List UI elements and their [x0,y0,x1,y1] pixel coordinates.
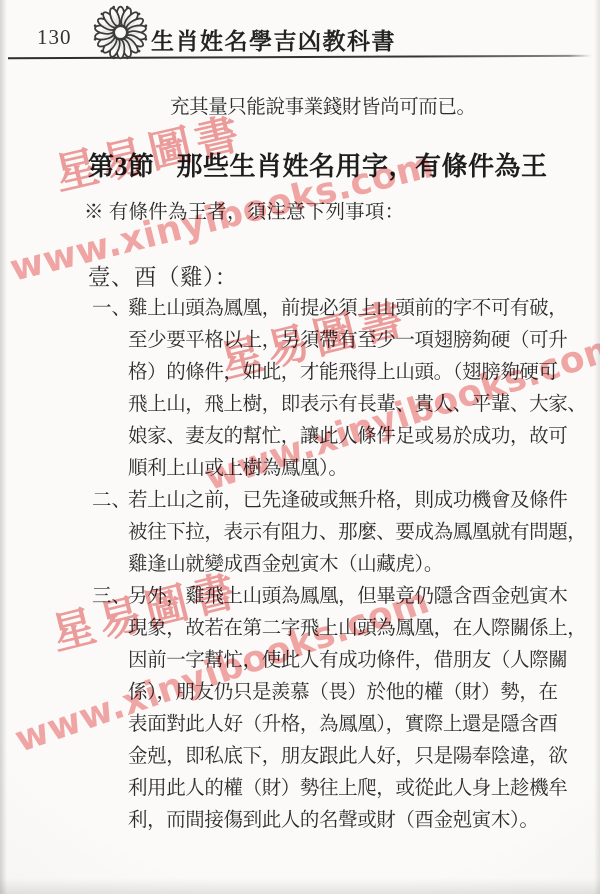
list-item-text: 另外，雞飛上山頭為鳳凰，但畢竟仍隱含酉金剋寅木 現象，故若在第二字飛上山頭為鳳凰… [128,581,586,837]
list-item-text: 若上山之前，已先逢破或無升格，則成功機會及條件 被往下拉，表示有阻力、那麼、要成… [128,485,586,581]
text-line: 另外，雞飛上山頭為鳳凰，但畢竟仍隱含酉金剋寅木 [128,581,586,613]
list-marker: 三、 [92,581,128,613]
list-item-1: 一、 雞上山頭為鳳凰，前提必須上山頭前的字不可有破， 至少要平格以上，另須帶有至… [92,293,586,485]
text-line: 利，而間接傷到此人的名聲或財（酉金剋寅木）。 [128,805,586,837]
text-line: 表面對此人好（升格，為鳳凰），實際上還是隱含酉 [128,709,586,741]
list-item-text: 雞上山頭為鳳凰，前提必須上山頭前的字不可有破， 至少要平格以上，另須帶有至少一項… [128,293,586,485]
text-line: 格）的條件，如此，才能飛得上山頭。（翅膀夠硬可 [128,357,586,389]
text-line: 雞上山頭為鳳凰，前提必須上山頭前的字不可有破， [128,293,586,325]
list-item-2: 二、 若上山之前，已先逢破或無升格，則成功機會及條件 被往下拉，表示有阻力、那麼… [92,485,586,581]
text-line: 至少要平格以上，另須帶有至少一項翅膀夠硬（可升 [128,325,586,357]
paragraph-continuation-line: 充其量只能說事業錢財皆尚可而已。 [170,92,476,124]
text-line: 雞逢山就變成酉金剋寅木（山藏虎）。 [128,549,586,581]
list-marker: 一、 [92,293,128,325]
page-body: 充其量只能說事業錢財皆尚可而已。 第3節那些生肖姓名用字，有條件為王 ※ 有條件… [0,0,600,894]
text-line: 金剋，即私底下，朋友跟此人好，只是陽奉陰違，欲 [128,741,586,773]
subsection-title: 壹、酉（雞）： [88,262,238,294]
note-line: ※ 有條件為王者，須注意下列事項： [84,197,404,229]
text-line: 現象，故若在第二字飛上山頭為鳳凰，在人際關係上， [128,613,586,645]
section-title: 那些生肖姓名用字，有條件為王 [177,152,548,181]
text-line: 順利上山或上樹為鳳凰）。 [128,453,586,485]
text-line: 係），朋友仍只是羨慕（畏）於他的權（財）勢，在 [128,677,586,709]
text-line: 因前一字幫忙，使此人有成功條件，借朋友（人際關 [128,645,586,677]
text-line: 利用此人的權（財）勢往上爬，或從此人身上趁機牟 [128,773,586,805]
book-page-scan: 130 生肖姓名學吉凶教科書 充其量只能說事業錢財皆尚可而已。 第3節那些生肖姓… [0,0,600,894]
text-line: 若上山之前，已先逢破或無升格，則成功機會及條件 [128,485,586,517]
text-line: 被往下拉，表示有阻力、那麼、要成為鳳凰就有問題， [128,517,586,549]
section-heading: 第3節那些生肖姓名用字，有條件為王 [88,146,548,183]
list-marker: 二、 [92,485,128,517]
text-line: 飛上山，飛上樹，即表示有長輩、貴人、平輩、大家、 [128,389,586,421]
section-number: 第3節 [88,152,155,181]
text-line: 娘家、妻友的幫忙，讓此人條件足或易於成功，故可 [128,421,586,453]
list-item-3: 三、 另外，雞飛上山頭為鳳凰，但畢竟仍隱含酉金剋寅木 現象，故若在第二字飛上山頭… [92,581,586,837]
